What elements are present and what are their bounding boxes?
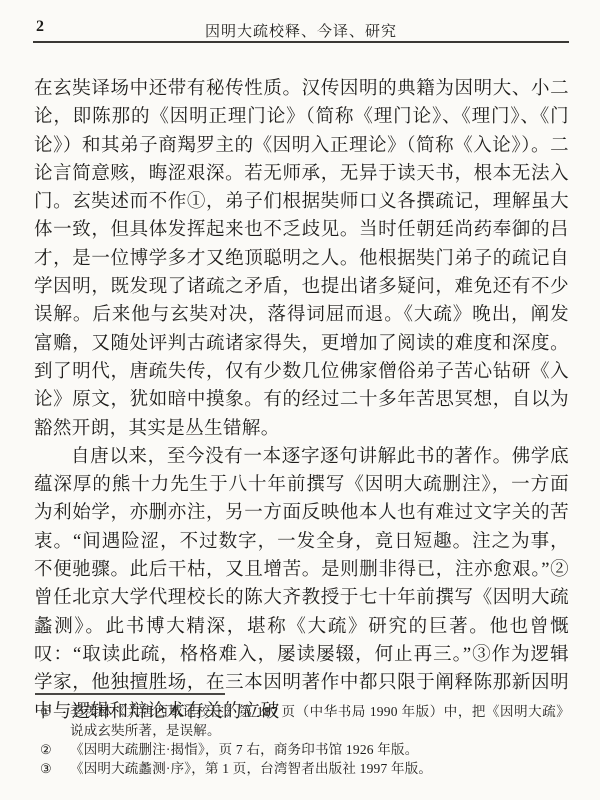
footnote-1-marker: ① xyxy=(40,702,70,721)
footnotes-section: ① 季羡林《大唐西域记校注》第 187 页（中华书局 1990 年版）中，把《因… xyxy=(40,702,570,778)
body-text: 在玄奘译场中还带有秘传性质。汉传因明的典籍为因明大、小二论，即陈那的《因明正理门… xyxy=(34,75,569,726)
footnote-3-marker: ③ xyxy=(40,759,70,778)
footnote-3-text: 《因明大疏蠡测·序》，第 1 页，台湾智者出版社 1997 年版。 xyxy=(70,759,570,778)
footnote-2-text: 《因明大疏删注·揭恉》，页 7 右，商务印书馆 1926 年版。 xyxy=(70,740,570,759)
paragraph-1: 在玄奘译场中还带有秘传性质。汉传因明的典籍为因明大、小二论，即陈那的《因明正理门… xyxy=(34,75,569,443)
footnote-separator-rule xyxy=(35,693,225,695)
footnote-2: ② 《因明大疏删注·揭恉》，页 7 右，商务印书馆 1926 年版。 xyxy=(40,740,570,759)
book-page: 2 因明大疏校释、今译、研究 在玄奘译场中还带有秘传性质。汉传因明的典籍为因明大… xyxy=(0,0,600,800)
footnote-1-text: 季羡林《大唐西域记校注》第 187 页（中华书局 1990 年版）中，把《因明大… xyxy=(70,702,570,740)
paragraph-2: 自唐以来，至今没有一本逐字逐句讲解此书的著作。佛学底蕴深厚的熊十力先生于八十年前… xyxy=(34,443,569,726)
footnote-2-marker: ② xyxy=(40,740,70,759)
running-title: 因明大疏校释、今译、研究 xyxy=(33,20,569,41)
page-header: 2 因明大疏校释、今译、研究 xyxy=(33,18,569,40)
footnote-3: ③ 《因明大疏蠡测·序》，第 1 页，台湾智者出版社 1997 年版。 xyxy=(40,759,570,778)
header-rule xyxy=(33,41,569,43)
footnote-1: ① 季羡林《大唐西域记校注》第 187 页（中华书局 1990 年版）中，把《因… xyxy=(40,702,570,740)
